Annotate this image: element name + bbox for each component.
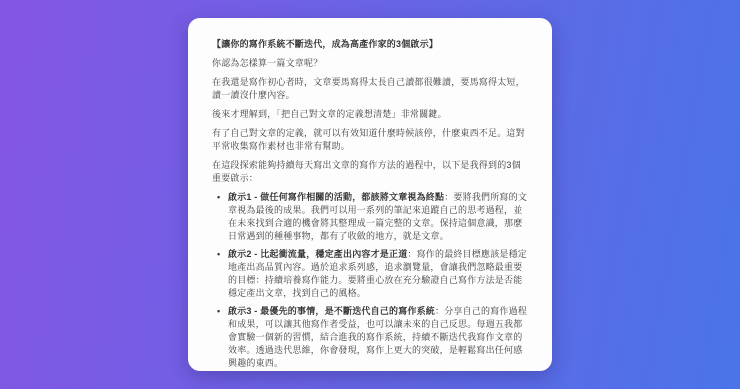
post-card: 【讓你的寫作系統不斷迭代，成為高產作家的3個啟示】 你認為怎樣算一篇文章呢？ 在… [188,18,552,371]
insight-text: 啟示2 - 比起衝流量，穩定產出內容才是正道：寫作的最終目標應該是穩定地產出高品… [228,248,528,300]
post-paragraph: 後來才理解到，「把自己對文章的定義想清楚」非常關鍵。 [212,108,528,121]
insight-lead: 啟示3 - 最優先的事情，是不斷迭代自己的寫作系統 [228,306,435,316]
bullet-marker: • [217,305,228,370]
post-paragraph: 有了自己對文章的定義，就可以有效知道什麼時候該停，什麼東西不足。這對平常收集寫作… [212,127,528,153]
bullet-marker: • [217,248,228,300]
post-paragraph: 你認為怎樣算一篇文章呢？ [212,57,528,70]
insight-lead: 啟示2 - 比起衝流量，穩定產出內容才是正道 [228,249,407,259]
insight-item: • 啟示3 - 最優先的事情，是不斷迭代自己的寫作系統：分享自己的寫作過程和成果… [217,305,528,370]
post-paragraph: 在這段探索能夠持續每天寫出文章的寫作方法的過程中，以下是我得到的3個重要啟示： [212,159,528,185]
insight-separator: ： [407,249,416,259]
insights-list: • 啟示1 - 做任何寫作相關的活動，都該將文章視為終點：要將我們所寫的文章視為… [212,191,528,370]
post-paragraph: 在我還是寫作初心者時，文章要馬寫得太長自己讀都很難讀，要馬寫得太短，讀一讀沒什麼… [212,76,528,102]
bullet-marker: • [217,191,228,243]
insight-item: • 啟示2 - 比起衝流量，穩定產出內容才是正道：寫作的最終目標應該是穩定地產出… [217,248,528,300]
post-title: 【讓你的寫作系統不斷迭代，成為高產作家的3個啟示】 [212,38,528,51]
gradient-background: { "page": { "background_start": "#8455E2… [0,0,740,389]
insight-text: 啟示1 - 做任何寫作相關的活動，都該將文章視為終點：要將我們所寫的文章視為最後… [228,191,528,243]
insight-separator: ： [435,306,444,316]
insight-item: • 啟示1 - 做任何寫作相關的活動，都該將文章視為終點：要將我們所寫的文章視為… [217,191,528,243]
insight-text: 啟示3 - 最優先的事情，是不斷迭代自己的寫作系統：分享自己的寫作過程和成果，可… [228,305,528,370]
insight-lead: 啟示1 - 做任何寫作相關的活動，都該將文章視為終點 [228,192,444,202]
